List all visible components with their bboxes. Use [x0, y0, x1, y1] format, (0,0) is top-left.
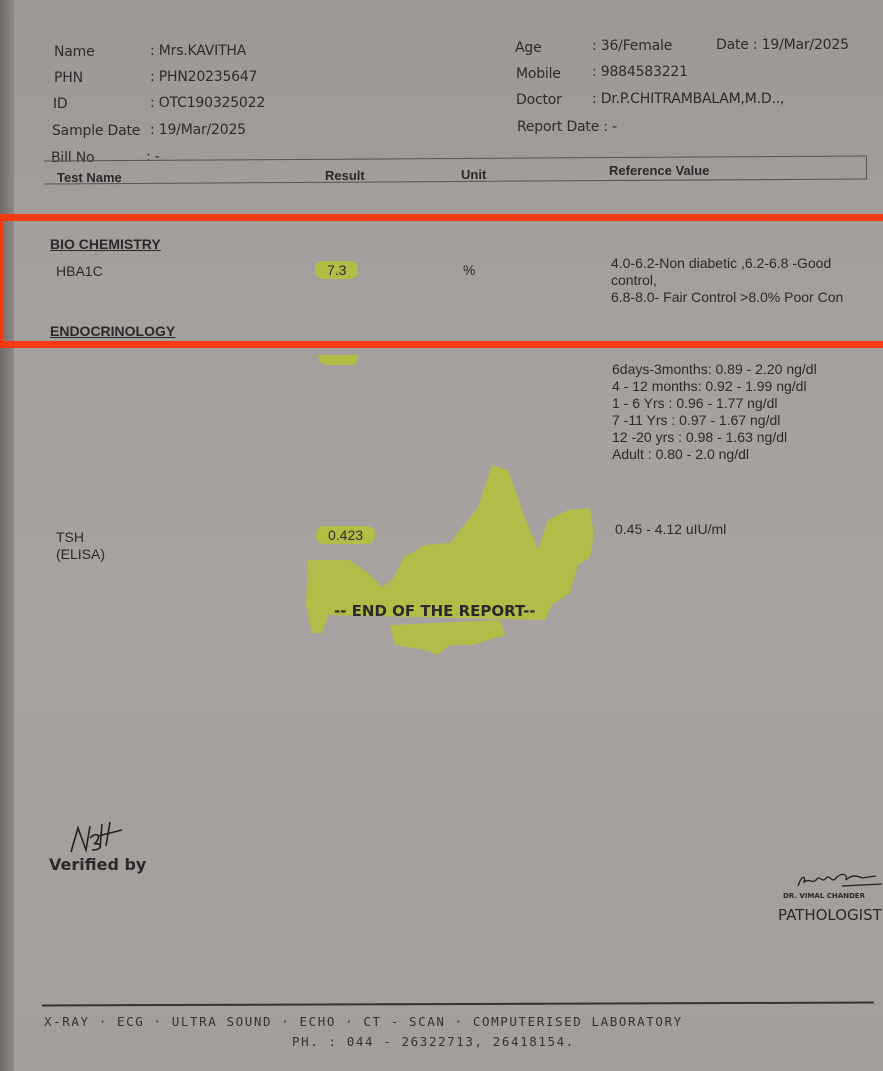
footer-services: X-RAY · ECG · ULTRA SOUND · ECHO · CT - … [44, 1014, 683, 1029]
name-label: Name [54, 44, 95, 60]
pathologist-title: PATHOLOGIST [778, 906, 882, 924]
reference-tsh: 0.45 - 4.12 uIU/ml [615, 521, 726, 537]
report-date: Report Date : - [517, 119, 617, 135]
reference-line: 12 -20 yrs : 0.98 - 1.63 ng/dl [612, 429, 817, 446]
sample-date-value: : 19/Mar/2025 [150, 122, 246, 138]
footer-phone: PH. : 044 - 26322713, 26418154. [292, 1034, 575, 1049]
verified-by-label: Verified by [49, 855, 146, 874]
doctor-value: : Dr.P.CHITRAMBALAM,M.D.., [592, 91, 784, 107]
column-test-name: Test Name [57, 170, 122, 185]
reference-free-t4: 6days-3months: 0.89 - 2.20 ng/dl 4 - 12 … [612, 361, 817, 463]
annotation-highlight-box [0, 214, 883, 348]
reference-line: 7 -11 Yrs : 0.97 - 1.67 ng/dl [612, 412, 817, 429]
age-label: Age [515, 40, 541, 56]
reference-line: 6days-3months: 0.89 - 2.20 ng/dl [612, 361, 817, 378]
test-name-tsh: TSH [56, 529, 84, 545]
column-reference-value: Reference Value [609, 163, 709, 178]
id-value: : OTC190325022 [150, 95, 265, 111]
result-tsh: 0.423 [316, 526, 375, 544]
age-value: : 36/Female [592, 38, 672, 54]
sample-date-label: Sample Date [52, 123, 140, 139]
verifier-signature-icon [66, 820, 126, 860]
pathologist-name: DR. VIMAL CHANDER [783, 892, 865, 900]
end-of-report: -- END OF THE REPORT-- [334, 602, 536, 620]
footer-divider [42, 1002, 874, 1007]
test-method-tsh: (ELISA) [56, 546, 105, 562]
pathologist-signature-icon [796, 868, 883, 890]
reference-line: 1 - 6 Yrs : 0.96 - 1.77 ng/dl [612, 395, 817, 412]
reference-line: Adult : 0.80 - 2.0 ng/dl [612, 446, 817, 463]
table-header-frame [44, 155, 867, 184]
doctor-label: Doctor [516, 92, 562, 108]
page-edge-shadow [0, 0, 14, 1071]
id-label: ID [53, 96, 68, 112]
name-value: : Mrs.KAVITHA [150, 43, 246, 59]
reference-line: 4 - 12 months: 0.92 - 1.99 ng/dl [612, 378, 817, 395]
mobile-label: Mobile [516, 66, 561, 82]
report-print-date: Date : 19/Mar/2025 [716, 37, 849, 53]
phn-value: : PHN20235647 [150, 69, 257, 85]
column-result: Result [325, 168, 365, 183]
phn-label: PHN [54, 70, 83, 86]
result-highlight-free-t4 [318, 355, 358, 365]
redaction-highlight-blob [300, 465, 610, 660]
mobile-value: : 9884583221 [592, 64, 688, 80]
column-unit: Unit [461, 167, 486, 182]
